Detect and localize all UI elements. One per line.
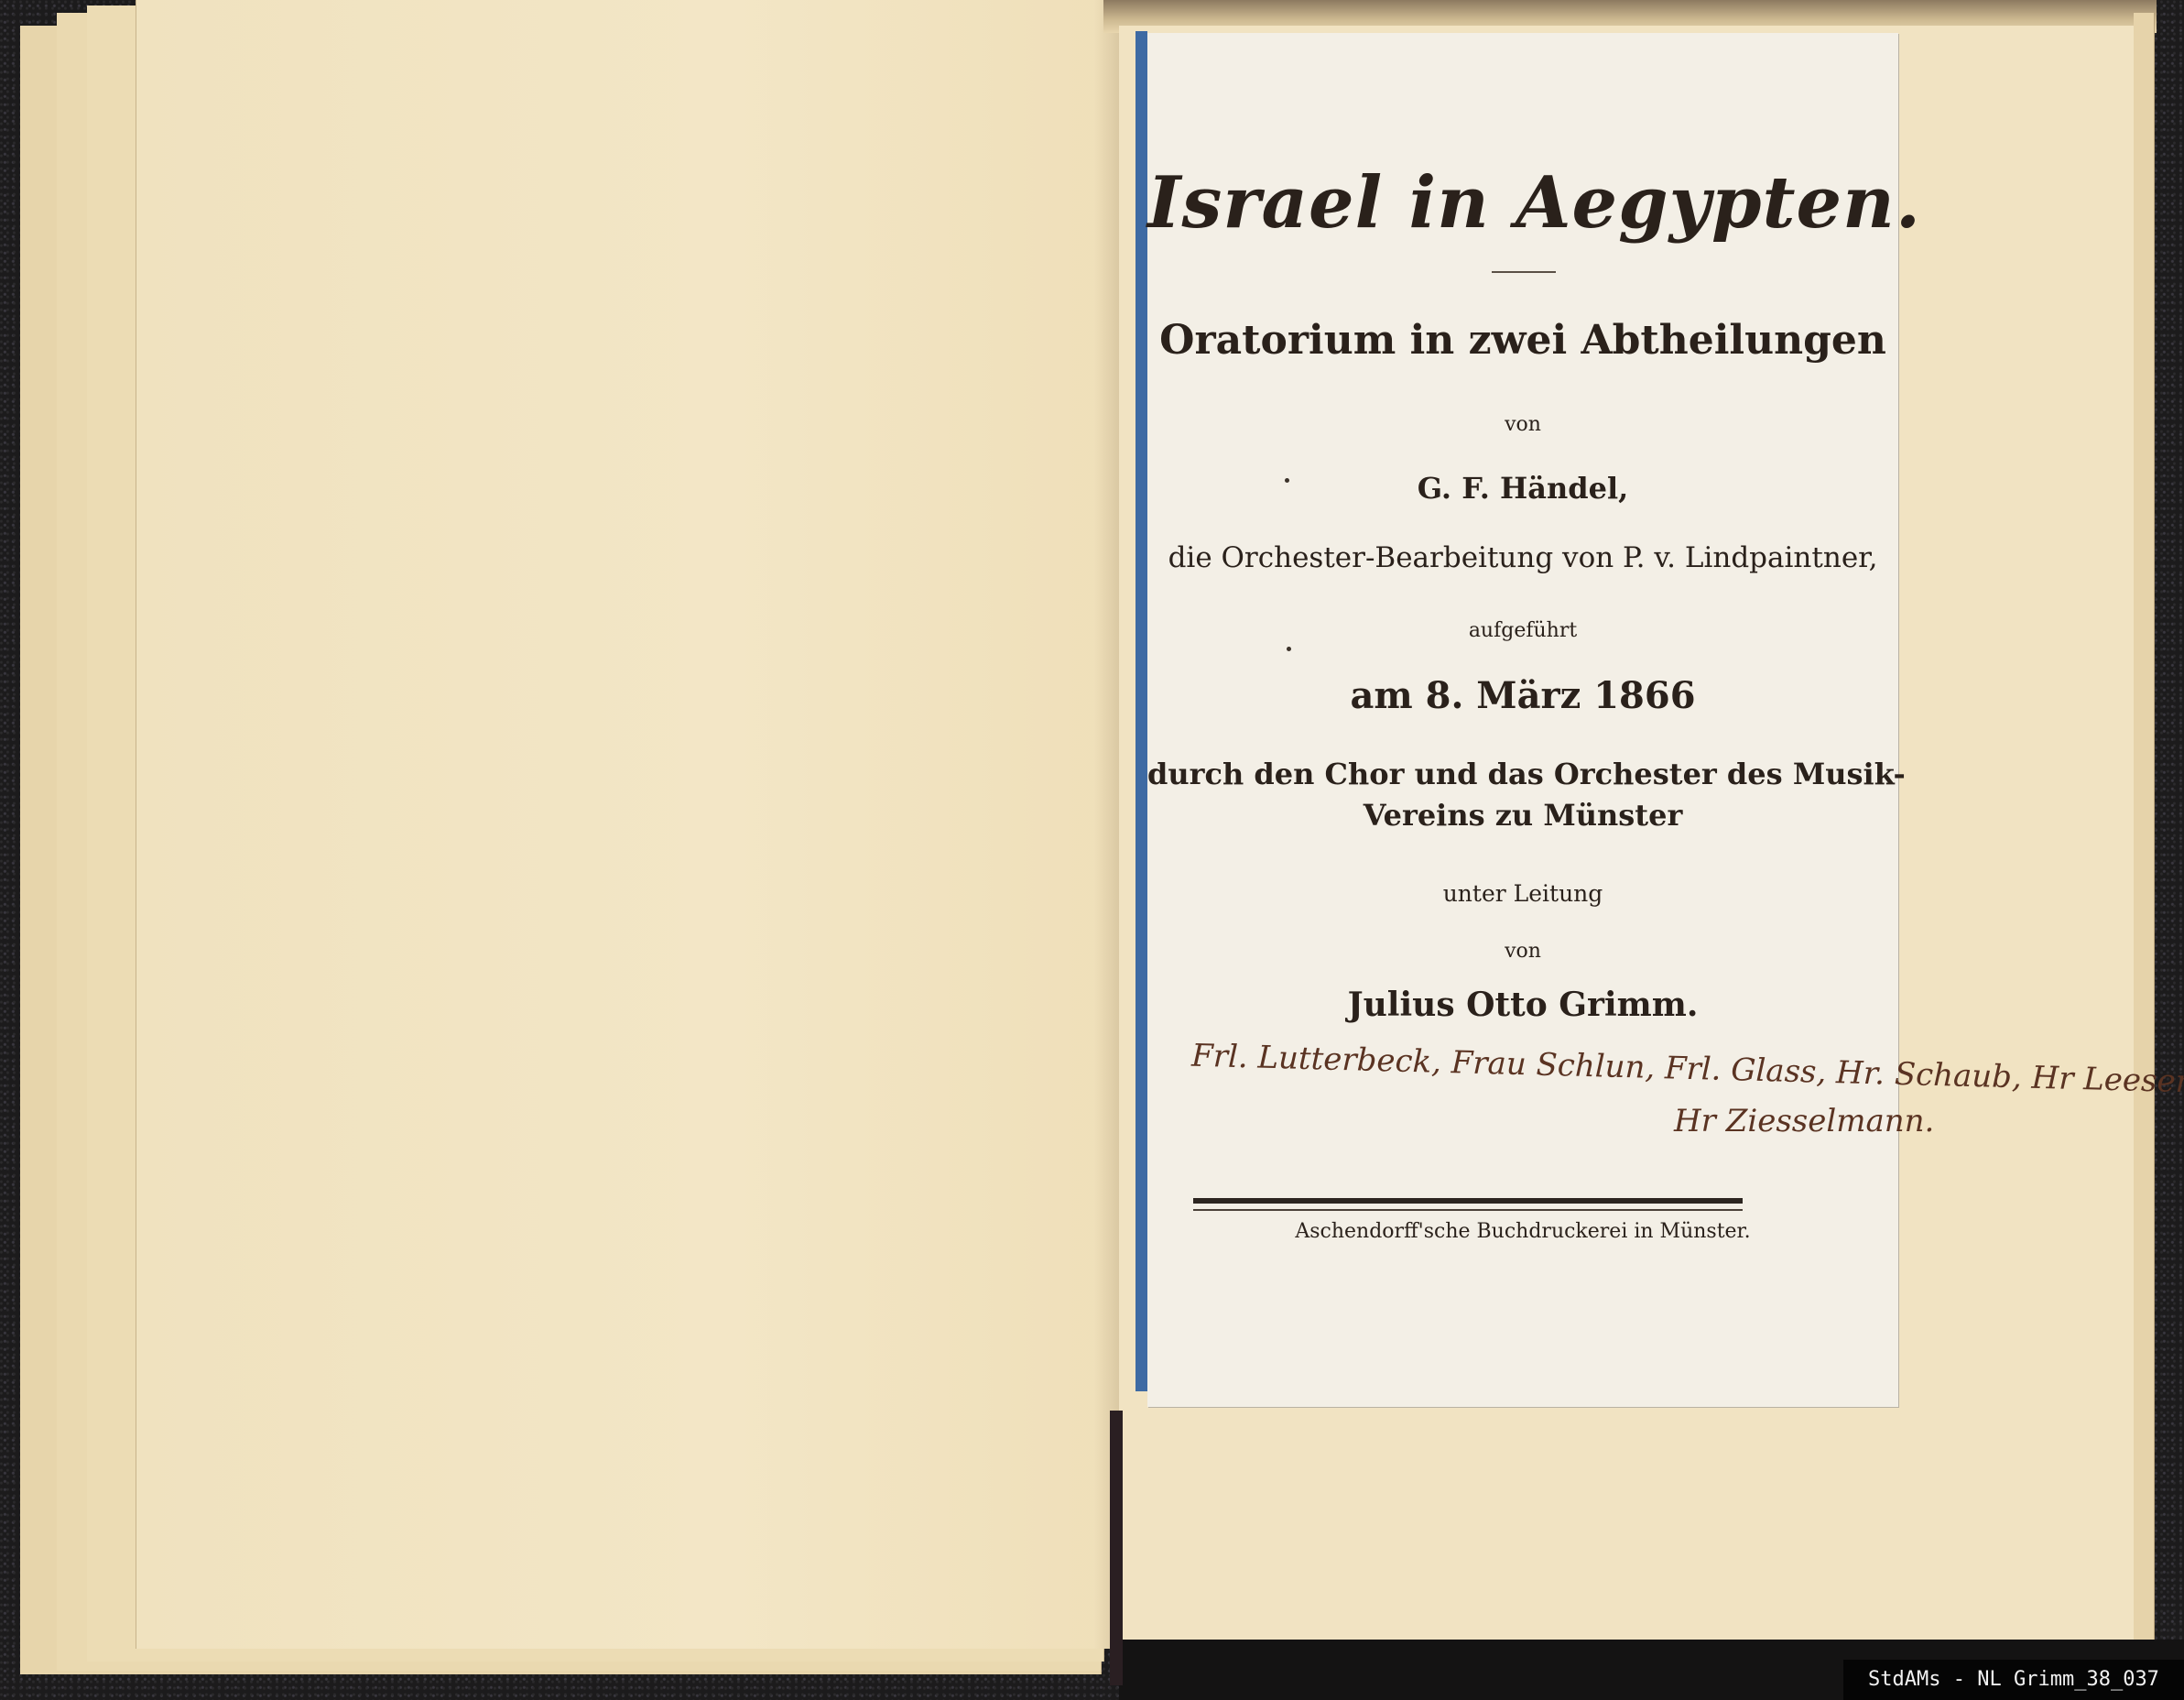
programme-title: Israel in Aegypten. xyxy=(1147,161,1898,245)
performance-date: am 8. März 1866 xyxy=(1147,674,1898,717)
right-page-fore-edge xyxy=(2134,13,2155,1662)
arrangement-credit: die Orchester-Bearbeitung von P. v. Lind… xyxy=(1147,541,1898,574)
performers-line-1: durch den Chor und das Orchester des Mus… xyxy=(1147,757,1898,791)
programme-title-leaf: Israel in Aegypten. Oratorium in zwei Ab… xyxy=(1147,33,1898,1407)
performed-label: aufgeführt xyxy=(1147,619,1898,642)
composer-name: G. F. Händel, xyxy=(1147,471,1898,506)
direction-label: unter Leitung xyxy=(1147,880,1898,907)
archive-caption: StdAMs - NL Grimm_38_037 xyxy=(1843,1660,2184,1700)
blue-binding-strip xyxy=(1135,31,1147,1391)
conductor-name: Julius Otto Grimm. xyxy=(1147,986,1898,1024)
von-label: von xyxy=(1147,413,1898,436)
ink-speck xyxy=(1287,647,1291,651)
programme-subtitle: Oratorium in zwei Abtheilungen xyxy=(1147,317,1898,364)
double-rule xyxy=(1193,1198,1743,1211)
spine-binding xyxy=(1110,1411,1123,1685)
handwritten-soloists-line-2: Hr Ziesselmann. xyxy=(1674,1103,1934,1139)
von-label-2: von xyxy=(1147,940,1898,963)
left-blank-page xyxy=(136,0,1121,1649)
printer-imprint: Aschendorff'sche Buchdruckerei in Münste… xyxy=(1147,1220,1898,1243)
ink-speck xyxy=(1285,478,1289,483)
performers-line-2: Vereins zu Münster xyxy=(1147,798,1898,833)
title-divider xyxy=(1492,271,1556,273)
gutter-shadow xyxy=(1094,0,1120,1649)
